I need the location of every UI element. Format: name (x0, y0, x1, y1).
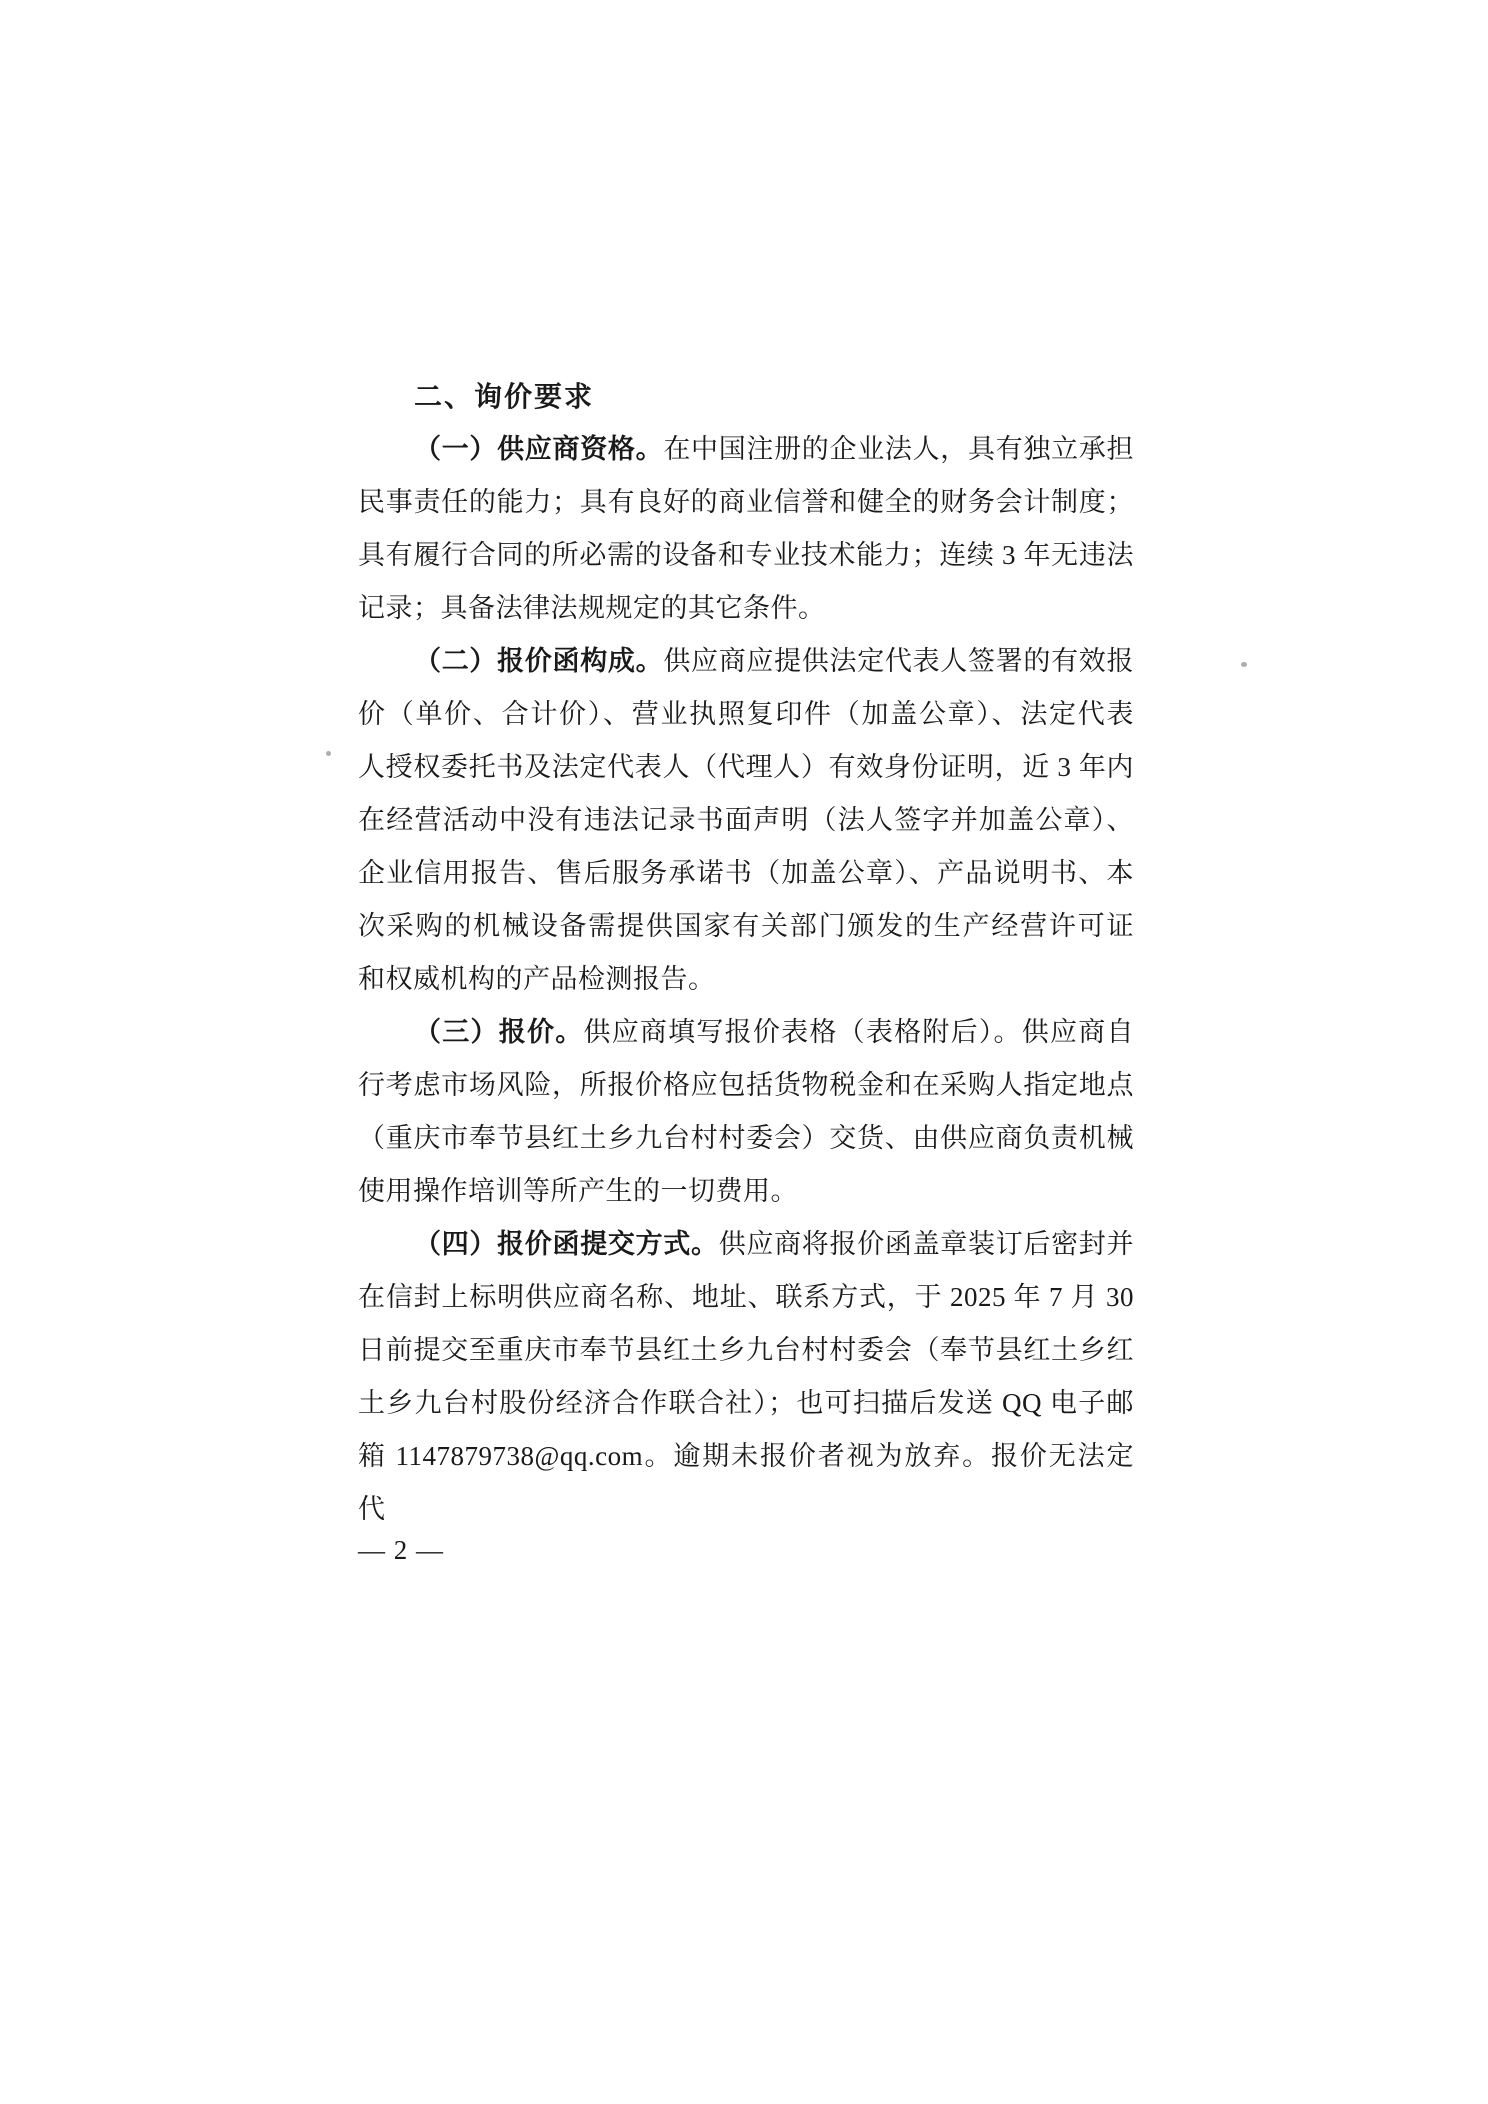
page-number: — 2 — (358, 1524, 444, 1577)
paragraph-line: （三）报价。供应商填写报价表格（表格附后）。供应商自 (358, 1006, 1134, 1059)
paragraph-line: 和权威机构的产品检测报告。 (358, 953, 1134, 1006)
line-text: 价（单价、合计价）、营业执照复印件（加盖公章）、法定代表 (358, 699, 1134, 729)
paragraph-line: （重庆市奉节县红土乡九台村村委会）交货、由供应商负责机械 (358, 1112, 1134, 1165)
paragraph-line: 次采购的机械设备需提供国家有关部门颁发的生产经营许可证 (358, 900, 1134, 953)
scan-speck (1241, 662, 1247, 667)
paragraph-line: 价（单价、合计价）、营业执照复印件（加盖公章）、法定代表 (358, 688, 1134, 741)
document-body: 二、询价要求 （一）供应商资格。在中国注册的企业法人，具有独立承担 民事责任的能… (358, 370, 1134, 1483)
paragraph-line: 行考虑市场风险，所报价格应包括货物税金和在采购人指定地点 (358, 1059, 1134, 1112)
line-text: 在经营活动中没有违法记录书面声明（法人签字并加盖公章）、 (358, 805, 1134, 835)
paragraph-line: （一）供应商资格。在中国注册的企业法人，具有独立承担 (358, 423, 1134, 476)
clause-label: （一）供应商资格。 (414, 434, 663, 464)
paragraph-line: 记录；具备法律法规规定的其它条件。 (358, 582, 1134, 635)
paragraph-line: 在经营活动中没有违法记录书面声明（法人签字并加盖公章）、 (358, 794, 1134, 847)
line-text: 供应商填写报价表格（表格附后）。供应商自 (583, 1017, 1134, 1047)
line-text: 使用操作培训等所产生的一切费用。 (358, 1176, 798, 1206)
paragraph-line: 企业信用报告、售后服务承诺书（加盖公章）、产品说明书、本 (358, 847, 1134, 900)
line-text: 在中国注册的企业法人，具有独立承担 (663, 434, 1134, 464)
clause-label: （四）报价函提交方式。 (414, 1229, 719, 1259)
line-text: 记录；具备法律法规规定的其它条件。 (358, 593, 826, 623)
paragraph-line: 日前提交至重庆市奉节县红土乡九台村村委会（奉节县红土乡红 (358, 1324, 1134, 1377)
paragraph-line: （四）报价函提交方式。供应商将报价函盖章装订后密封并 (358, 1218, 1134, 1271)
paragraph-line: 箱 1147879738@qq.com。逾期未报价者视为放弃。报价无法定代 (358, 1430, 1134, 1483)
paragraph-line: 土乡九台村股份经济合作联合社）；也可扫描后发送 QQ 电子邮 (358, 1377, 1134, 1430)
clause-label: （二）报价函构成。 (414, 646, 663, 676)
section-heading-text: 二、询价要求 (414, 381, 594, 412)
line-text: （重庆市奉节县红土乡九台村村委会）交货、由供应商负责机械 (358, 1123, 1134, 1153)
paragraph-line: 人授权委托书及法定代表人（代理人）有效身份证明，近 3 年内 (358, 741, 1134, 794)
line-text: 在信封上标明供应商名称、地址、联系方式，于 2025 年 7 月 30 (358, 1282, 1134, 1312)
line-text: 供应商将报价函盖章装订后密封并 (719, 1229, 1134, 1259)
section-heading: 二、询价要求 (358, 370, 1134, 423)
document-page: 二、询价要求 （一）供应商资格。在中国注册的企业法人，具有独立承担 民事责任的能… (0, 0, 1488, 2104)
line-text: 人授权委托书及法定代表人（代理人）有效身份证明，近 3 年内 (358, 752, 1134, 782)
paragraph-line: 具有履行合同的所必需的设备和专业技术能力；连续 3 年无违法 (358, 529, 1134, 582)
paragraph-line: （二）报价函构成。供应商应提供法定代表人签署的有效报 (358, 635, 1134, 688)
paragraph-line: 使用操作培训等所产生的一切费用。 (358, 1165, 1134, 1218)
line-text: 具有履行合同的所必需的设备和专业技术能力；连续 3 年无违法 (358, 540, 1134, 570)
line-text: 民事责任的能力；具有良好的商业信誉和健全的财务会计制度； (358, 487, 1134, 517)
line-text: 土乡九台村股份经济合作联合社）；也可扫描后发送 QQ 电子邮 (358, 1388, 1134, 1418)
line-text: 和权威机构的产品检测报告。 (358, 964, 716, 994)
line-text: 企业信用报告、售后服务承诺书（加盖公章）、产品说明书、本 (358, 858, 1134, 888)
line-text: 次采购的机械设备需提供国家有关部门颁发的生产经营许可证 (358, 911, 1134, 941)
paragraph-line: 在信封上标明供应商名称、地址、联系方式，于 2025 年 7 月 30 (358, 1271, 1134, 1324)
paragraph-line: 民事责任的能力；具有良好的商业信誉和健全的财务会计制度； (358, 476, 1134, 529)
line-text: 箱 1147879738@qq.com。逾期未报价者视为放弃。报价无法定代 (358, 1441, 1134, 1524)
clause-label: （三）报价。 (414, 1017, 583, 1047)
line-text: 供应商应提供法定代表人签署的有效报 (663, 646, 1134, 676)
scan-speck (326, 751, 331, 756)
line-text: 行考虑市场风险，所报价格应包括货物税金和在采购人指定地点 (358, 1070, 1134, 1100)
line-text: 日前提交至重庆市奉节县红土乡九台村村委会（奉节县红土乡红 (358, 1335, 1134, 1365)
